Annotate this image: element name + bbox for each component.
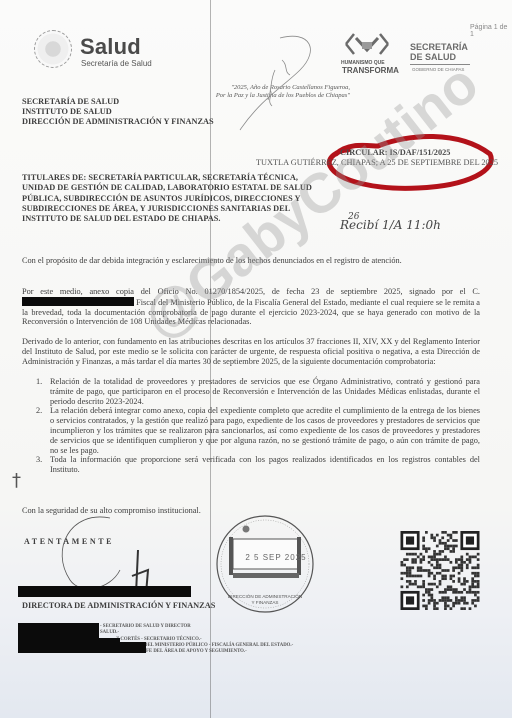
- org-line1: SECRETARÍA DE SALUD: [22, 97, 214, 107]
- org-line3: DIRECCIÓN DE ADMINISTRACIÓN Y FINANZAS: [22, 117, 214, 127]
- stamp-label-line2: Y FINANZAS: [222, 600, 308, 606]
- redacted-ccp-block: [18, 623, 99, 653]
- redacted-ccp-block: [96, 638, 120, 653]
- circular-number: CIRCULAR: IS/DAF/151/2025: [340, 148, 450, 157]
- handwritten-mark: †: [12, 470, 21, 491]
- secretaria-line1: SECRETARÍA: [410, 42, 468, 52]
- stamp-label: DIRECCIÓN DE ADMINISTRACIÓN Y FINANZAS: [222, 594, 308, 606]
- brand-title: Salud: [80, 34, 141, 60]
- list-item: 1.Relación de la totalidad de proveedore…: [36, 377, 480, 406]
- page-number: Página 1 de 1: [470, 24, 512, 38]
- redacted-signer-name: [18, 586, 191, 597]
- secretaria-logo-text: SECRETARÍA DE SALUD: [410, 42, 468, 62]
- handwritten-initials: [200, 20, 320, 140]
- issuing-organization: SECRETARÍA DE SALUD INSTITUTO DE SALUD D…: [22, 97, 214, 127]
- national-emblem-icon: [34, 30, 72, 68]
- list-text: Toda la información que proporcione será…: [50, 455, 480, 474]
- list-number: 1.: [36, 377, 42, 387]
- list-text: Relación de la totalidad de proveedores …: [50, 377, 480, 406]
- list-text: La relación deberá integrar como anexo, …: [50, 406, 480, 454]
- requirements-list: 1.Relación de la totalidad de proveedore…: [36, 377, 480, 475]
- recipients: TITULARES DE: SECRETARÍA PARTICULAR, SEC…: [22, 173, 332, 224]
- body-paragraph-1: Con el propósito de dar debida integraci…: [22, 256, 480, 266]
- body-paragraph-2: Por este medio, anexo copia del Oficio N…: [22, 287, 480, 327]
- paragraph2-before: Por este medio, anexo copia del Oficio N…: [22, 287, 480, 296]
- list-item: 3.Toda la información que proporcione se…: [36, 455, 480, 475]
- qr-code[interactable]: [400, 531, 480, 610]
- list-number: 2.: [36, 406, 42, 416]
- signer-title: DIRECTORA DE ADMINISTRACIÓN Y FINANZAS: [22, 601, 215, 610]
- logo-divider: [410, 64, 470, 65]
- document-page: Salud Secretaría de Salud Página 1 de 1 …: [0, 0, 512, 718]
- place-and-date: TUXTLA GUTIÉRREZ, CHIAPAS; A 25 DE SEPTI…: [208, 158, 498, 167]
- org-line2: INSTITUTO DE SALUD: [22, 107, 214, 117]
- list-number: 3.: [36, 455, 42, 465]
- salutation: ATENTAMENTE: [24, 537, 114, 546]
- gobierno-label: GOBIERNO DE CHIAPAS: [412, 67, 464, 72]
- logo-tagline-2: TRANSFORMA: [342, 66, 399, 75]
- handwritten-received-note: Recibí 1/A 11:0h: [340, 218, 441, 232]
- brand-subtitle: Secretaría de Salud: [81, 59, 152, 68]
- list-item: 2.La relación deberá integrar como anexo…: [36, 406, 480, 455]
- humanismo-logo-icon: [342, 30, 392, 58]
- redacted-name: [22, 297, 134, 306]
- body-paragraph-3: Derivado de lo anterior, con fundamento …: [22, 337, 480, 366]
- redacted-ccp-block: [118, 642, 146, 653]
- secretaria-line2: DE SALUD: [410, 52, 468, 62]
- stamp-date: 2 5 SEP 2025: [244, 553, 308, 562]
